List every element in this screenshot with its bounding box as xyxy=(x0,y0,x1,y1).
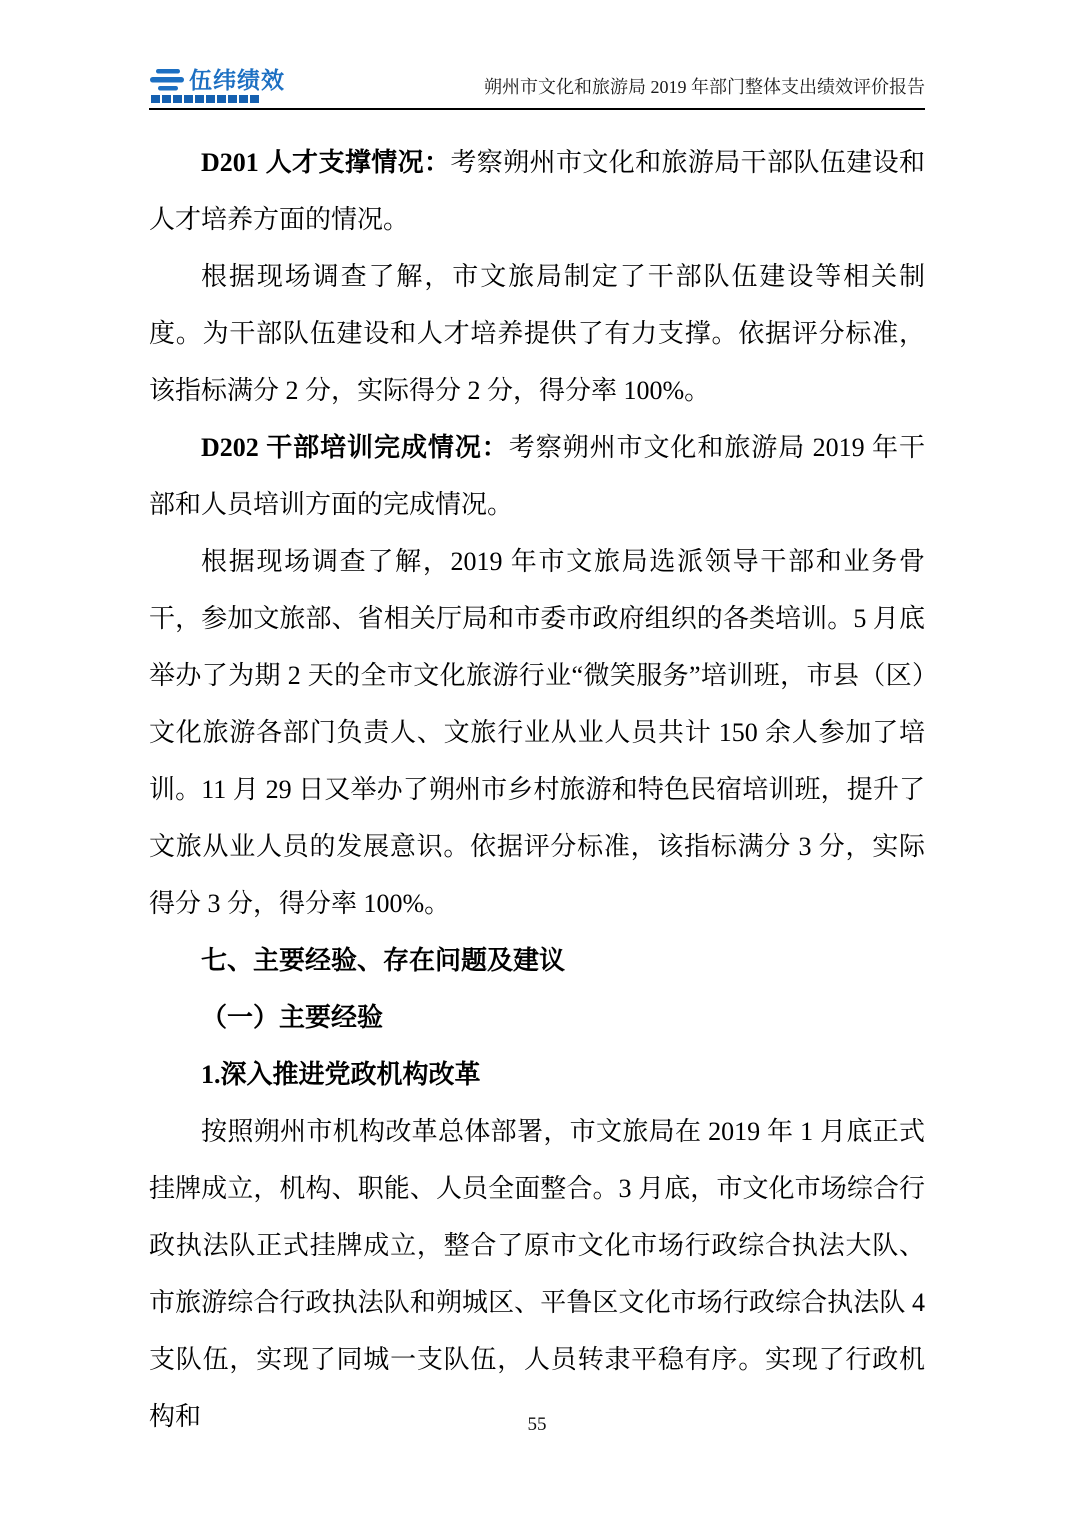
page-header: 伍纬绩效 朔州市文化和旅游局 2019 年部门整体支出绩效评价报告 xyxy=(0,0,1074,103)
logo-text: 伍纬绩效 xyxy=(189,69,285,92)
logo-strip xyxy=(151,95,285,103)
subsection-heading: （一）主要经验 xyxy=(149,989,925,1046)
header-title: 朔州市文化和旅游局 2019 年部门整体支出绩效评价报告 xyxy=(484,73,925,103)
logo-top: 伍纬绩效 xyxy=(149,68,285,92)
document-body: D201 人才支撑情况：考察朔州市文化和旅游局干部队伍建设和人才培养方面的情况。… xyxy=(0,134,1074,1445)
paragraph-experience: 按照朔州市机构改革总体部署，市文旅局在 2019 年 1 月底正式挂牌成立，机构… xyxy=(149,1103,925,1445)
report-page: 伍纬绩效 朔州市文化和旅游局 2019 年部门整体支出绩效评价报告 D201 人… xyxy=(0,0,1074,1520)
section-heading: 七、主要经验、存在问题及建议 xyxy=(149,932,925,989)
paragraph-d202-detail: 根据现场调查了解，2019 年市文旅局选派领导干部和业务骨干，参加文旅部、省相关… xyxy=(149,533,925,932)
paragraph-d202: D202 干部培训完成情况：考察朔州市文化和旅游局 2019 年干部和人员培训方… xyxy=(149,419,925,533)
paragraph-d201: D201 人才支撑情况：考察朔州市文化和旅游局干部队伍建设和人才培养方面的情况。 xyxy=(149,134,925,248)
header-rule xyxy=(149,108,925,110)
page-number: 55 xyxy=(528,1414,547,1435)
logo: 伍纬绩效 xyxy=(149,68,285,103)
globe-lines-icon xyxy=(149,68,185,92)
d201-label: D201 人才支撑情况： xyxy=(201,148,450,177)
point-heading: 1.深入推进党政机构改革 xyxy=(149,1046,925,1103)
paragraph-d201-detail: 根据现场调查了解，市文旅局制定了干部队伍建设等相关制度。为干部队伍建设和人才培养… xyxy=(149,248,925,419)
d202-label: D202 干部培训完成情况： xyxy=(201,433,509,462)
page-footer: 55 xyxy=(0,1414,1074,1436)
